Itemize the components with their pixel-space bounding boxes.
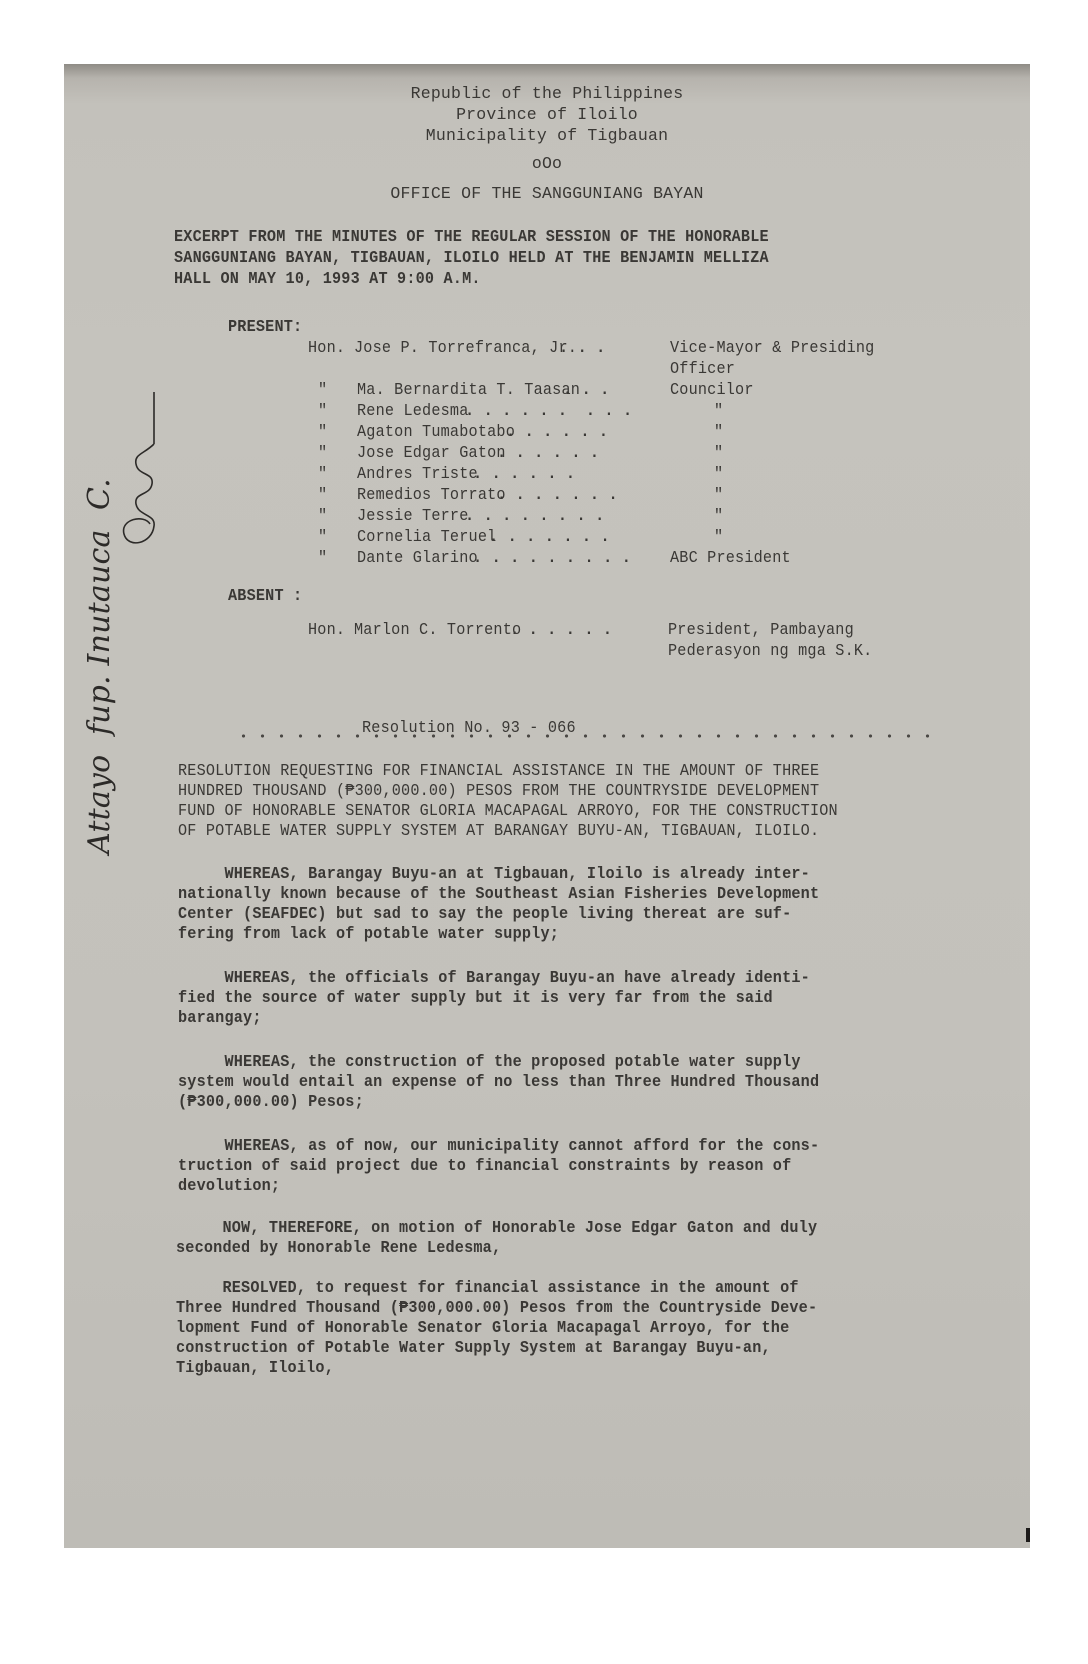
signature-icon xyxy=(114,384,174,574)
member-prefix: " xyxy=(318,548,327,567)
member-prefix: " xyxy=(318,380,327,399)
resolution-paragraph-line: devolution; xyxy=(178,1176,280,1195)
resolution-paragraph-line: WHEREAS, Barangay Buyu-an at Tigbauan, I… xyxy=(178,864,810,883)
dot-leader: . . . xyxy=(559,338,605,357)
resolution-paragraph-line: WHEREAS, the construction of the propose… xyxy=(178,1052,801,1071)
resolution-paragraph-line: NOW, THEREFORE, on motion of Honorable J… xyxy=(176,1218,817,1237)
member-position: " xyxy=(714,422,723,441)
margin-handwritten-note: Attayo fup. Inutauca C. xyxy=(82,478,117,854)
resolution-paragraph-line: fering from lack of potable water supply… xyxy=(178,924,559,943)
member-name: Cornelia Teruel xyxy=(357,527,496,546)
member-position: Councilor xyxy=(670,380,754,399)
resolution-number: Resolution No. 93 - 066 xyxy=(362,718,576,737)
resolution-title-line: RESOLUTION REQUESTING FOR FINANCIAL ASSI… xyxy=(178,761,819,780)
header-ornament: oOo xyxy=(64,154,1030,173)
dot-leader: . . . . . . . . xyxy=(465,506,604,525)
member-prefix: " xyxy=(318,464,327,483)
resolution-paragraph-line: lopment Fund of Honorable Senator Gloria… xyxy=(176,1318,789,1337)
member-prefix: Hon. xyxy=(308,338,345,357)
member-name: Agaton Tumabotabo xyxy=(357,422,515,441)
resolution-paragraph-line: system would entail an expense of no les… xyxy=(178,1072,819,1091)
member-position: " xyxy=(714,485,723,504)
member-position: " xyxy=(714,401,723,420)
resolution-paragraph-line: (₱300,000.00) Pesos; xyxy=(178,1092,364,1111)
header-office: OFFICE OF THE SANGGUNIANG BAYAN xyxy=(64,184,1030,203)
member-prefix: " xyxy=(318,506,327,525)
resolution-paragraph-line: Center (SEAFDEC) but sad to say the peop… xyxy=(178,904,791,923)
member-prefix: " xyxy=(318,422,327,441)
resolution-title-line: FUND OF HONORABLE SENATOR GLORIA MACAPAG… xyxy=(178,801,838,820)
member-position: Vice-Mayor & Presiding xyxy=(670,338,874,357)
member-prefix: " xyxy=(318,443,327,462)
member-name: Remedios Torrato xyxy=(357,485,506,504)
dot-leader: . . . . . . . xyxy=(489,527,610,546)
resolution-paragraph-line: Tigbauan, Iloilo, xyxy=(176,1358,334,1377)
member-position-cont: Pederasyon ng mga S.K. xyxy=(668,641,872,660)
member-prefix: " xyxy=(318,485,327,504)
member-position: " xyxy=(714,464,723,483)
scan-edge-mark xyxy=(1026,1528,1030,1542)
dot-leader: . . . . . . xyxy=(510,620,612,639)
member-prefix: " xyxy=(318,527,327,546)
member-name: Jose Edgar Gaton xyxy=(357,443,506,462)
dot-leader: . . . . . . xyxy=(473,464,575,483)
member-name: Jessie Terre xyxy=(357,506,469,525)
header-municipality: Municipality of Tigbauan xyxy=(64,126,1030,145)
member-position-cont: Officer xyxy=(670,359,735,378)
document-page: Republic of the Philippines Province of … xyxy=(64,64,1030,1548)
present-label: PRESENT: xyxy=(228,317,302,336)
member-position: " xyxy=(714,443,723,462)
dot-leader: . . . xyxy=(563,380,609,399)
member-name: Andres Triste xyxy=(357,464,478,483)
member-prefix: " xyxy=(318,401,327,420)
member-position: " xyxy=(714,506,723,525)
member-name: Jose P. Torrefranca, Jr. xyxy=(354,338,577,357)
dot-leader: . . . . . . xyxy=(506,422,608,441)
member-position: " xyxy=(714,527,723,546)
member-name: Rene Ledesma xyxy=(357,401,469,420)
resolution-paragraph-line: barangay; xyxy=(178,1008,262,1027)
absent-label: ABSENT : xyxy=(228,586,302,605)
dot-leader: . . . . . . . . . xyxy=(465,401,632,420)
resolution-paragraph-line: construction of Potable Water Supply Sys… xyxy=(176,1338,771,1357)
resolution-paragraph-line: WHEREAS, the officials of Barangay Buyu-… xyxy=(178,968,810,987)
excerpt-line: EXCERPT FROM THE MINUTES OF THE REGULAR … xyxy=(174,227,769,246)
resolution-paragraph-line: nationally known because of the Southeas… xyxy=(178,884,819,903)
excerpt-line: SANGGUNIANG BAYAN, TIGBAUAN, ILOILO HELD… xyxy=(174,248,769,267)
excerpt-line: HALL ON MAY 10, 1993 AT 9:00 A.M. xyxy=(174,269,481,288)
member-prefix: Hon. xyxy=(308,620,345,639)
member-position: ABC President xyxy=(670,548,791,567)
resolution-paragraph-line: Three Hundred Thousand (₱300,000.00) Pes… xyxy=(176,1298,817,1317)
member-position: President, Pambayang xyxy=(668,620,854,639)
member-name: Dante Glarino xyxy=(357,548,478,567)
dot-leader: . . . . . . xyxy=(497,443,599,462)
dot-leader: . . . . . . . xyxy=(497,485,618,504)
dashed-divider xyxy=(234,734,934,738)
dot-leader: . . . . . . . . . xyxy=(473,548,631,567)
header-republic: Republic of the Philippines xyxy=(64,84,1030,103)
resolution-paragraph-line: truction of said project due to financia… xyxy=(178,1156,791,1175)
resolution-title-line: OF POTABLE WATER SUPPLY SYSTEM AT BARANG… xyxy=(178,821,819,840)
header-province: Province of Iloilo xyxy=(64,105,1030,124)
resolution-paragraph-line: seconded by Honorable Rene Ledesma, xyxy=(176,1238,501,1257)
resolution-paragraph-line: fied the source of water supply but it i… xyxy=(178,988,773,1007)
member-name: Marlon C. Torrento xyxy=(354,620,521,639)
resolution-title-line: HUNDRED THOUSAND (₱300,000.00) PESOS FRO… xyxy=(178,781,819,800)
member-name: Ma. Bernardita T. Taasan xyxy=(357,380,580,399)
resolution-paragraph-line: WHEREAS, as of now, our municipality can… xyxy=(178,1136,819,1155)
resolution-paragraph-line: RESOLVED, to request for financial assis… xyxy=(176,1278,799,1297)
